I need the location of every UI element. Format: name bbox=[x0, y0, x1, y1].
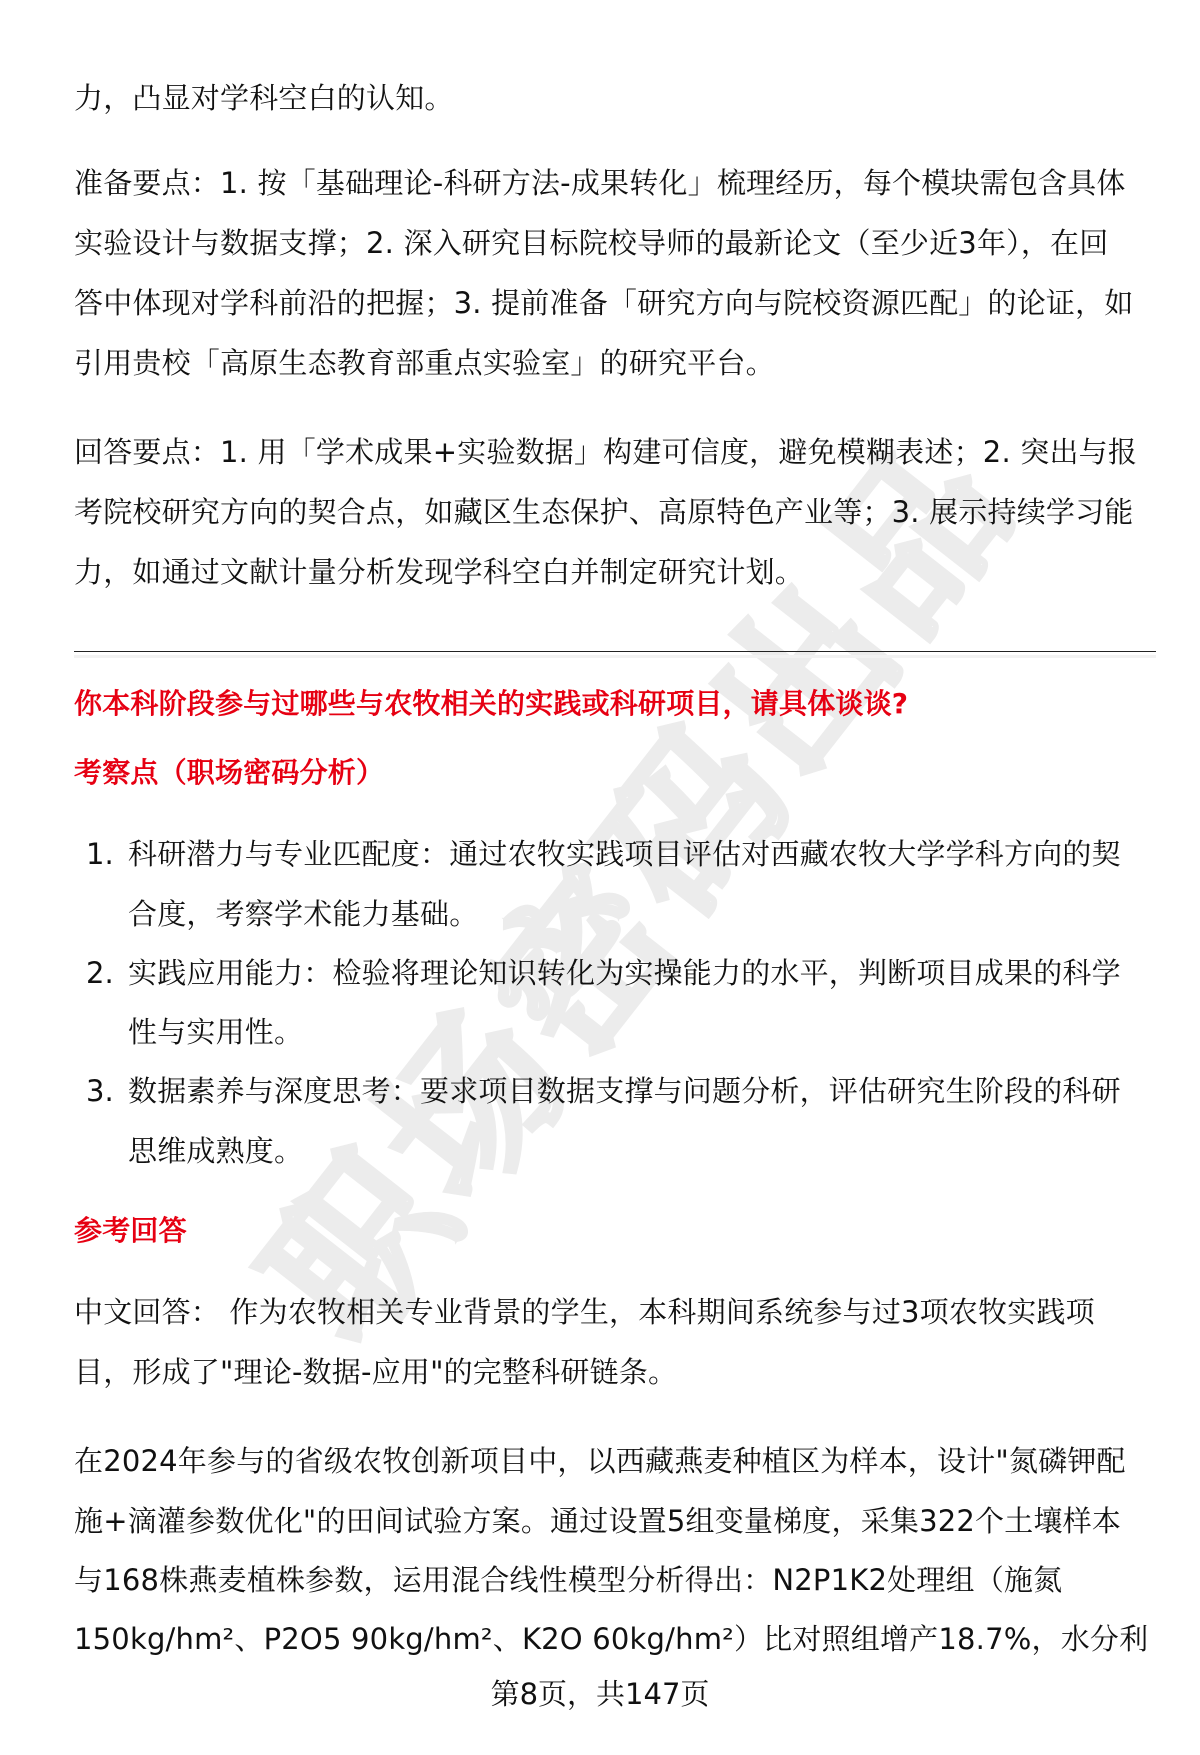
list-item-line: 实践应用能力：检验将理论知识转化为实操能力的水平，判断项目成果的科学 bbox=[128, 955, 1168, 991]
analysis-heading: 考察点（职场密码分析） bbox=[74, 755, 1164, 791]
page-number: 第8页，共147页 bbox=[0, 1676, 1200, 1712]
list-item-line: 科研潜力与专业匹配度：通过农牧实践项目评估对西藏农牧大学学科方向的契 bbox=[128, 836, 1168, 872]
section-divider bbox=[74, 651, 1156, 652]
question-title: 你本科阶段参与过哪些与农牧相关的实践或科研项目，请具体谈谈? bbox=[74, 686, 1164, 722]
reference-answer-heading: 参考回答 bbox=[74, 1213, 1164, 1249]
answer-paragraph-line: 施+滴灌参数优化"的田间试验方案。通过设置5组变量梯度，采集322个土壤样本 bbox=[74, 1503, 1164, 1539]
prep-points-line: 实验设计与数据支撑；2. 深入研究目标院校导师的最新论文（至少近3年），在回 bbox=[74, 225, 1164, 261]
list-item-line: 思维成熟度。 bbox=[128, 1133, 1168, 1169]
list-number: 3. bbox=[86, 1073, 114, 1109]
answer-intro-line: 目，形成了"理论-数据-应用"的完整科研链条。 bbox=[74, 1354, 1164, 1390]
prep-points-line: 答中体现对学科前沿的把握；3. 提前准备「研究方向与院校资源匹配」的论证，如 bbox=[74, 285, 1164, 321]
answer-points-line: 力，如通过文献计量分析发现学科空白并制定研究计划。 bbox=[74, 554, 1164, 590]
section-divider-shadow bbox=[74, 655, 1156, 658]
prep-points-line: 引用贵校「高原生态教育部重点实验室」的研究平台。 bbox=[74, 345, 1164, 381]
paragraph-line: 力，凸显对学科空白的认知。 bbox=[74, 80, 1164, 116]
answer-paragraph-line: 150kg/hm²、P2O5 90kg/hm²、K2O 60kg/hm²）比对照… bbox=[74, 1621, 1164, 1657]
list-number: 1. bbox=[86, 836, 114, 872]
answer-paragraph-line: 在2024年参与的省级农牧创新项目中，以西藏燕麦种植区为样本，设计"氮磷钾配 bbox=[74, 1443, 1164, 1479]
answer-points-line: 回答要点：1. 用「学术成果+实验数据」构建可信度，避免模糊表述；2. 突出与报 bbox=[74, 434, 1164, 470]
list-number: 2. bbox=[86, 955, 114, 991]
answer-paragraph-line: 与168株燕麦植株参数，运用混合线性模型分析得出：N2P1K2处理组（施氮 bbox=[74, 1562, 1164, 1598]
list-item-line: 性与实用性。 bbox=[128, 1014, 1168, 1050]
answer-points-line: 考院校研究方向的契合点，如藏区生态保护、高原特色产业等；3. 展示持续学习能 bbox=[74, 494, 1164, 530]
answer-intro-line: 中文回答： 作为农牧相关专业背景的学生，本科期间系统参与过3项农牧实践项 bbox=[74, 1294, 1164, 1330]
list-item-line: 合度，考察学术能力基础。 bbox=[128, 896, 1168, 932]
document-page: 职场密码出品 力，凸显对学科空白的认知。 准备要点：1. 按「基础理论-科研方法… bbox=[0, 0, 1200, 1755]
list-item-line: 数据素养与深度思考：要求项目数据支撑与问题分析，评估研究生阶段的科研 bbox=[128, 1073, 1168, 1109]
prep-points-line: 准备要点：1. 按「基础理论-科研方法-成果转化」梳理经历，每个模块需包含具体 bbox=[74, 165, 1164, 201]
